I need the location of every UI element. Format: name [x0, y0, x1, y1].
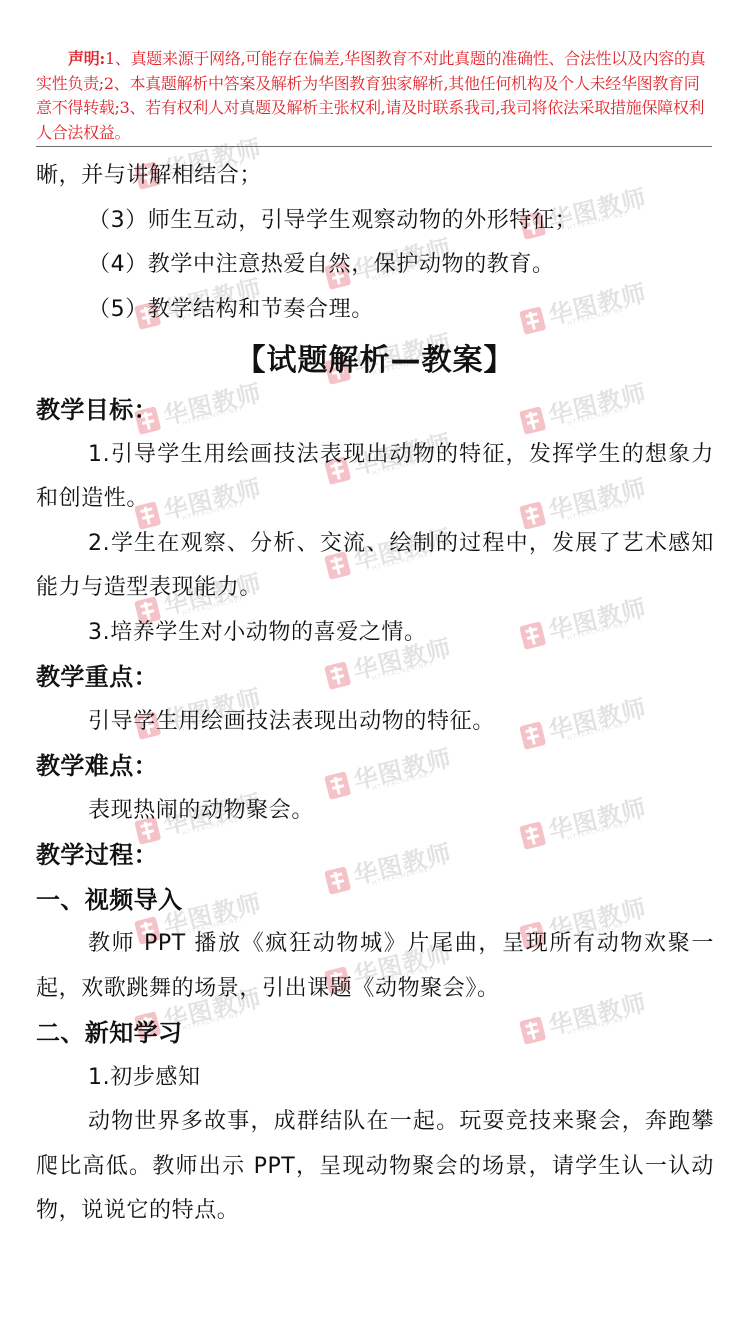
- objective-item: 2.学生在观察、分析、交流、绘制的过程中，发展了艺术感知能力与造型表现能力。: [36, 522, 714, 611]
- disclaimer: 声明:1、真题来源于网络,可能存在偏差,华图教育不对此真题的准确性、合法性以及内…: [36, 47, 712, 145]
- section-title: 【试题解析—教案】: [36, 336, 714, 386]
- key-point-text: 引导学生用绘画技法表现出动物的特征。: [36, 700, 714, 745]
- continuation-line: 晰，并与讲解相结合；: [36, 154, 714, 199]
- objectives-heading: 教学目标：: [36, 388, 714, 433]
- process-paragraph: 动物世界多故事，成群结队在一起。玩耍竞技来聚会，奔跑攀爬比高低。教师出示 PPT…: [36, 1100, 714, 1234]
- process-section-heading: 一、视频导入: [36, 878, 714, 923]
- list-item: （5）教学结构和节奏合理。: [36, 288, 714, 333]
- process-subheading: 1.初步感知: [36, 1056, 714, 1101]
- process-section-heading: 二、新知学习: [36, 1011, 714, 1056]
- process-paragraph: 教师 PPT 播放《疯狂动物城》片尾曲，呈现所有动物欢聚一起，欢歌跳舞的场景，引…: [36, 922, 714, 1011]
- document-body: 晰，并与讲解相结合； （3）师生互动，引导学生观察动物的外形特征； （4）教学中…: [36, 154, 714, 1234]
- process-heading: 教学过程：: [36, 833, 714, 878]
- difficulty-text: 表现热闹的动物聚会。: [36, 789, 714, 834]
- objective-item: 3.培养学生对小动物的喜爱之情。: [36, 611, 714, 656]
- key-point-heading: 教学重点：: [36, 655, 714, 700]
- disclaimer-lead: 声明:: [68, 49, 105, 68]
- disclaimer-text: 1、真题来源于网络,可能存在偏差,华图教育不对此真题的准确性、合法性以及内容的真…: [36, 49, 705, 142]
- objective-item: 1.引导学生用绘画技法表现出动物的特征，发挥学生的想象力和创造性。: [36, 433, 714, 522]
- header-divider: [36, 146, 712, 147]
- difficulty-heading: 教学难点：: [36, 744, 714, 789]
- list-item: （3）师生互动，引导学生观察动物的外形特征；: [36, 199, 714, 244]
- list-item: （4）教学中注意热爱自然，保护动物的教育。: [36, 243, 714, 288]
